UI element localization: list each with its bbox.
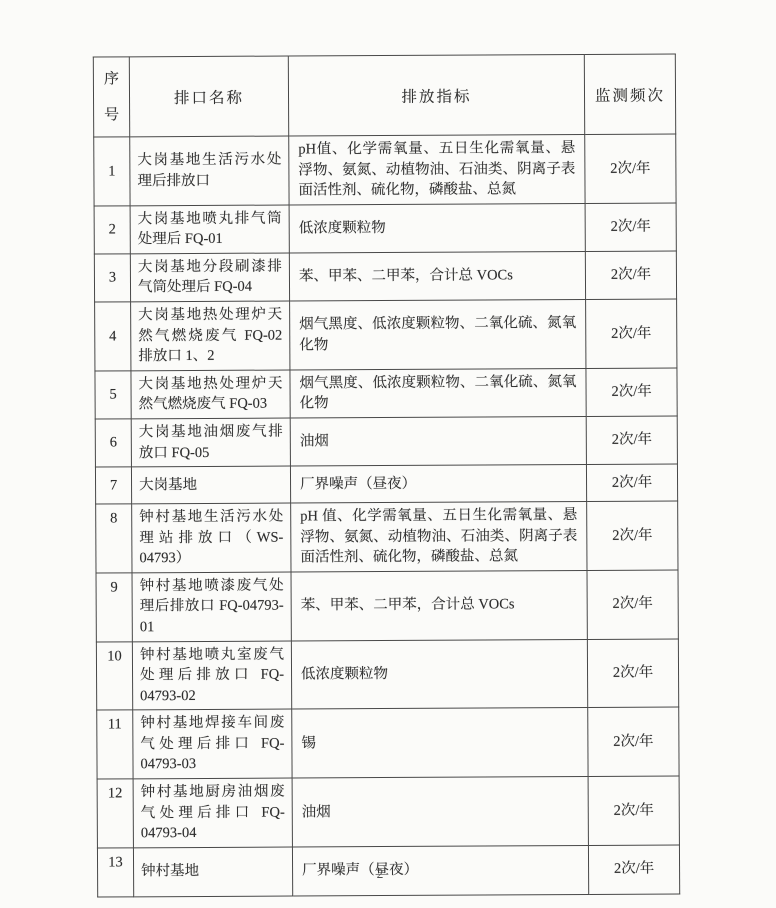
- table-row: 3 大岗基地分段刷漆排气筒处理后 FQ-04 苯、甲苯、二甲苯，合计总 VOCs…: [94, 251, 676, 302]
- table-row: 12 钟村基地厨房油烟废气处理后排口 FQ-04793-04 油烟 2次/年: [97, 776, 679, 848]
- frequency-cell: 2次/年: [585, 251, 676, 300]
- frequency-cell: 2次/年: [585, 134, 676, 203]
- outlet-name-cell: 大岗基地油烟废气排放口 FQ-05: [131, 418, 290, 467]
- serial-cell: 10: [96, 641, 132, 710]
- table-row: 5 大岗基地热处理炉天然气燃烧废气 FQ-03 烟气黑度、低浓度颗粒物、二氧化硫…: [95, 368, 677, 419]
- column-header-outlet-name: 排口名称: [129, 56, 288, 137]
- outlet-name-cell: 钟村基地焊接车间废气处理后排口 FQ-04793-03: [133, 709, 292, 779]
- indicators-cell: 锡: [292, 708, 588, 778]
- serial-cell: 6: [95, 419, 131, 467]
- table-row: 9 钟村基地喷漆废气处理后排放口 FQ-04793-01 苯、甲苯、二甲苯，合计…: [96, 570, 678, 642]
- table-row: 10 钟村基地喷丸室废气处理后排放口 FQ-04793-02 低浓度颗粒物 2次…: [96, 639, 678, 711]
- header-row: 序号 排口名称 排放指标 监测频次: [93, 54, 675, 137]
- table-row: 4 大岗基地热处理炉天然气燃烧废气 FQ-02 排放口 1、2 烟气黑度、低浓度…: [95, 299, 677, 371]
- outlet-name-cell: 钟村基地喷丸室废气处理后排放口 FQ-04793-02: [132, 641, 291, 711]
- serial-cell: 8: [96, 504, 132, 573]
- outlet-name-cell: 大岗基地热处理炉天然气燃烧废气 FQ-03: [131, 370, 290, 419]
- serial-cell: 2: [94, 206, 130, 254]
- serial-cell: 3: [94, 254, 130, 302]
- table-row: 1 大岗基地生活污水处理后排放口 pH值、化学需氧量、五日生化需氧量、悬浮物、氨…: [94, 134, 676, 206]
- frequency-cell: 2次/年: [585, 203, 676, 252]
- frequency-cell: 2次/年: [588, 707, 679, 776]
- column-header-monitoring-frequency: 监测频次: [584, 54, 675, 134]
- table-row: 6 大岗基地油烟废气排放口 FQ-05 油烟 2次/年: [95, 416, 677, 467]
- indicators-cell: 低浓度颗粒物: [291, 639, 587, 709]
- monitoring-table: 序号 排口名称 排放指标 监测频次 1 大岗基地生活污水处理后排放口 pH值、化…: [93, 53, 680, 897]
- frequency-cell: 2次/年: [587, 570, 678, 639]
- column-header-emission-indicators: 排放指标: [288, 54, 584, 136]
- frequency-cell: 2次/年: [588, 776, 679, 845]
- frequency-cell: 2次/年: [587, 501, 678, 570]
- frequency-cell: 2次/年: [586, 299, 677, 368]
- serial-cell: 5: [95, 371, 131, 419]
- outlet-name-cell: 大岗基地分段刷漆排气筒处理后 FQ-04: [130, 253, 289, 302]
- serial-cell: 9: [96, 573, 132, 642]
- frequency-cell: 2次/年: [586, 464, 677, 501]
- table-row: 7 大岗基地 厂界噪声（昼夜） 2次/年: [95, 464, 677, 504]
- table-row: 2 大岗基地喷丸排气筒处理后 FQ-01 低浓度颗粒物 2次/年: [94, 203, 676, 254]
- indicators-cell: pH值、化学需氧量、五日生化需氧量、悬浮物、氨氮、动植物油、石油类、阴离子表面活…: [289, 134, 585, 204]
- outlet-name-cell: 大岗基地喷丸排气筒处理后 FQ-01: [130, 205, 289, 254]
- indicators-cell: 低浓度颗粒物: [289, 203, 585, 253]
- serial-cell: 1: [94, 137, 130, 206]
- table-row: 11 钟村基地焊接车间废气处理后排口 FQ-04793-03 锡 2次/年: [97, 707, 679, 779]
- column-header-serial: 序号: [93, 57, 129, 137]
- serial-cell: 4: [95, 302, 131, 371]
- indicators-cell: 烟气黑度、低浓度颗粒物、二氧化硫、氮氧化物: [290, 368, 586, 418]
- indicators-cell: 苯、甲苯、二甲苯，合计总 VOCs: [291, 570, 587, 640]
- serial-cell: 11: [97, 710, 133, 779]
- serial-cell: 7: [95, 467, 131, 504]
- outlet-name-cell: 大岗基地生活污水处理后排放口: [130, 136, 289, 206]
- frequency-cell: 2次/年: [587, 639, 678, 708]
- indicators-cell: pH 值、化学需氧量、五日生化需氧量、悬浮物、氨氮、动植物油、石油类、阴离子表面…: [291, 502, 587, 572]
- outlet-name-cell: 大岗基地: [131, 466, 290, 504]
- outlet-name-cell: 钟村基地喷漆废气处理后排放口 FQ-04793-01: [132, 572, 291, 642]
- indicators-cell: 油烟: [292, 776, 588, 846]
- outlet-name-cell: 大岗基地热处理炉天然气燃烧废气 FQ-02 排放口 1、2: [131, 301, 290, 371]
- indicators-cell: 苯、甲苯、二甲苯，合计总 VOCs: [289, 251, 585, 301]
- indicators-cell: 烟气黑度、低浓度颗粒物、二氧化硫、氮氧化物: [290, 300, 586, 370]
- frequency-cell: 2次/年: [586, 368, 677, 417]
- outlet-name-cell: 钟村基地厨房油烟废气处理后排口 FQ-04793-04: [133, 778, 292, 848]
- frequency-cell: 2次/年: [586, 416, 677, 465]
- indicators-cell: 油烟: [290, 416, 586, 466]
- table-row: 8 钟村基地生活污水处理站排放口（WS-04793） pH 值、化学需氧量、五日…: [96, 501, 678, 573]
- outlet-name-cell: 钟村基地生活污水处理站排放口（WS-04793）: [132, 503, 291, 573]
- document-page: 序号 排口名称 排放指标 监测频次 1 大岗基地生活污水处理后排放口 pH值、化…: [0, 0, 776, 908]
- page-number: 2: [0, 866, 760, 882]
- indicators-cell: 厂界噪声（昼夜）: [290, 465, 586, 504]
- serial-cell: 12: [97, 779, 133, 848]
